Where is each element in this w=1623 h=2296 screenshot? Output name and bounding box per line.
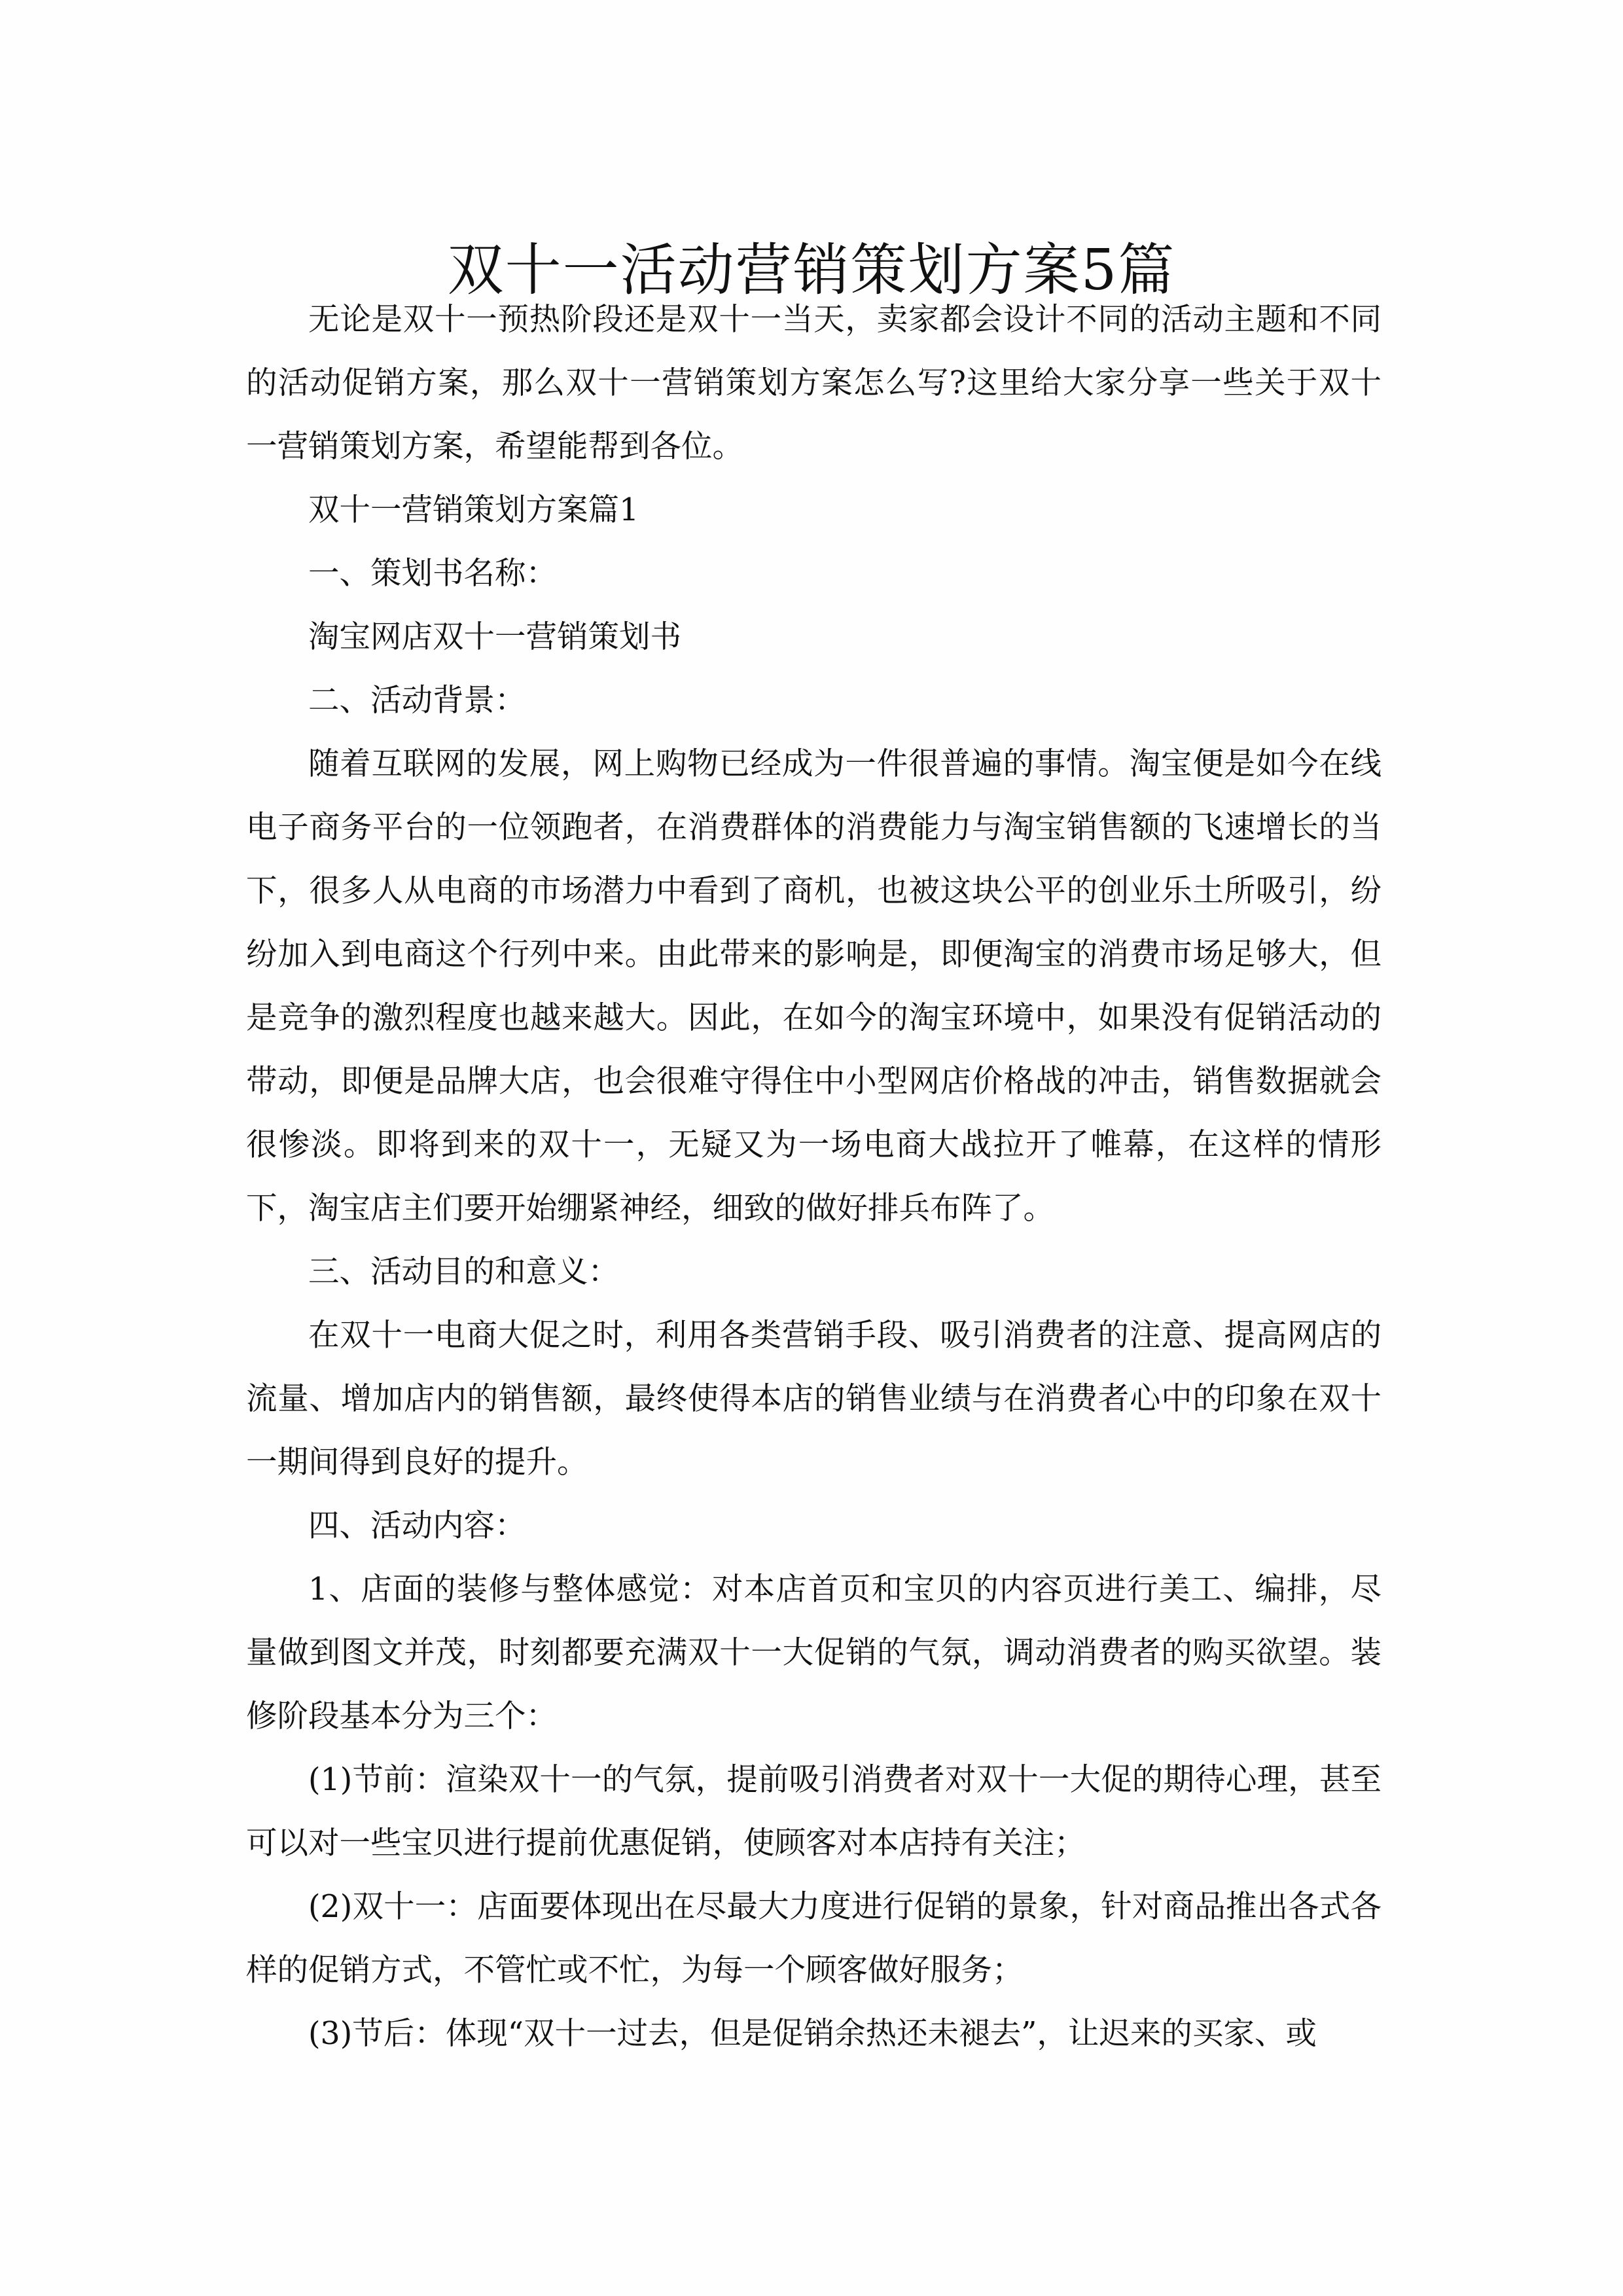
- content-subitem-2: (2)双十一：店面要体现出在尽最大力度进行促销的景象，针对商品推出各式各样的促销…: [246, 1875, 1382, 2002]
- content-subitem-1: (1)节前：渲染双十一的气氛，提前吸引消费者对双十一大促的期待心理，甚至可以对一…: [246, 1748, 1382, 1875]
- document-body: 无论是双十一预热阶段还是双十一当天，卖家都会设计不同的活动主题和不同的活动促销方…: [246, 288, 1382, 2066]
- heading-plan-name: 一、策划书名称：: [246, 542, 1382, 605]
- plan-name-paragraph: 淘宝网店双十一营销策划书: [246, 605, 1382, 669]
- section-heading-plan-1: 双十一营销策划方案篇1: [246, 478, 1382, 542]
- document-page: 双十一活动营销策划方案5篇 无论是双十一预热阶段还是双十一当天，卖家都会设计不同…: [0, 0, 1623, 2296]
- content-item-1: 1、店面的装修与整体感觉：对本店首页和宝贝的内容页进行美工、编排，尽量做到图文并…: [246, 1558, 1382, 1748]
- content-subitem-3: (3)节后：体现“双十一过去，但是促销余热还未褪去”，让迟来的买家、或: [246, 2002, 1382, 2066]
- heading-content: 四、活动内容：: [246, 1494, 1382, 1558]
- heading-purpose: 三、活动目的和意义：: [246, 1240, 1382, 1304]
- heading-background: 二、活动背景：: [246, 669, 1382, 732]
- intro-paragraph: 无论是双十一预热阶段还是双十一当天，卖家都会设计不同的活动主题和不同的活动促销方…: [246, 288, 1382, 478]
- purpose-paragraph: 在双十一电商大促之时，利用各类营销手段、吸引消费者的注意、提高网店的流量、增加店…: [246, 1304, 1382, 1494]
- background-paragraph: 随着互联网的发展，网上购物已经成为一件很普遍的事情。淘宝便是如今在线电子商务平台…: [246, 732, 1382, 1240]
